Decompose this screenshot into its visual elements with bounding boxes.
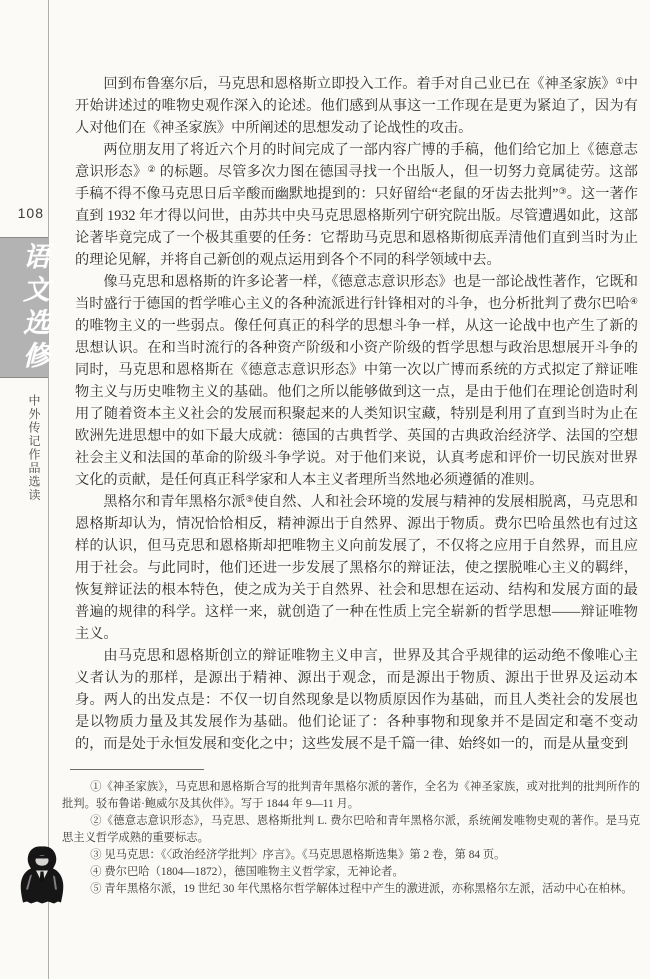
footnote-2: ②《德意志意识形态》，马克思、恩格斯批判 L. 费尔巴哈和青年黑格尔派，系统阐发… [62, 813, 640, 847]
body-paragraph-4: 黑格尔和青年黑格尔派⑤使自然、人和社会环境的发展与精神的发展相脱离，马克思和恩格… [75, 491, 638, 645]
book-page: 108 语文选修 中外传记作品选读 回到布鲁塞尔后，马克思和恩格斯立即投入工作。… [0, 0, 650, 979]
footnote-1: ①《神圣家族》，马克思和恩格斯合写的批判青年黑格尔派的著作，全名为《神圣家族，或… [62, 779, 640, 813]
body-paragraph-2: 两位朋友用了将近六个月的时间完成了一部内容广博的手稿，他们给它加上《德意志意识形… [75, 139, 638, 271]
body-paragraph-1: 回到布鲁塞尔后，马克思和恩格斯立即投入工作。着手对自己业已在《神圣家族》①中开始… [75, 73, 638, 139]
marx-portrait-image [19, 845, 65, 908]
body-text: 回到布鲁塞尔后，马克思和恩格斯立即投入工作。着手对自己业已在《神圣家族》①中开始… [75, 73, 638, 755]
footnote-4: ④ 费尔巴哈（1804—1872），德国唯物主义哲学家，无神论者。 [62, 864, 640, 881]
series-title-box: 语文选修 [0, 237, 48, 378]
footnote-3: ③ 见马克思：《〈政治经济学批判〉序言》。《马克思恩格斯选集》第 2 卷，第 8… [62, 847, 640, 864]
book-subtitle-vertical: 中外传记作品选读 [26, 394, 43, 502]
page-number: 108 [0, 205, 44, 221]
series-title-vertical: 语文选修 [20, 242, 47, 374]
footnote-5: ⑤ 青年黑格尔派，19 世纪 30 年代黑格尔哲学解体过程中产生的激进派，亦称黑… [62, 881, 640, 898]
footnote-divider-line [70, 769, 204, 770]
sidebar-divider-line [48, 0, 49, 979]
body-paragraph-3: 像马克思和恩格斯的许多论著一样，《德意志意识形态》也是一部论战性著作，它既和当时… [75, 271, 638, 491]
body-paragraph-5: 由马克思和恩格斯创立的辩证唯物主义申言，世界及其合乎规律的运动绝不像唯心主义者认… [75, 645, 638, 755]
footnotes-block: ①《神圣家族》，马克思和恩格斯合写的批判青年黑格尔派的著作，全名为《神圣家族，或… [62, 779, 640, 898]
